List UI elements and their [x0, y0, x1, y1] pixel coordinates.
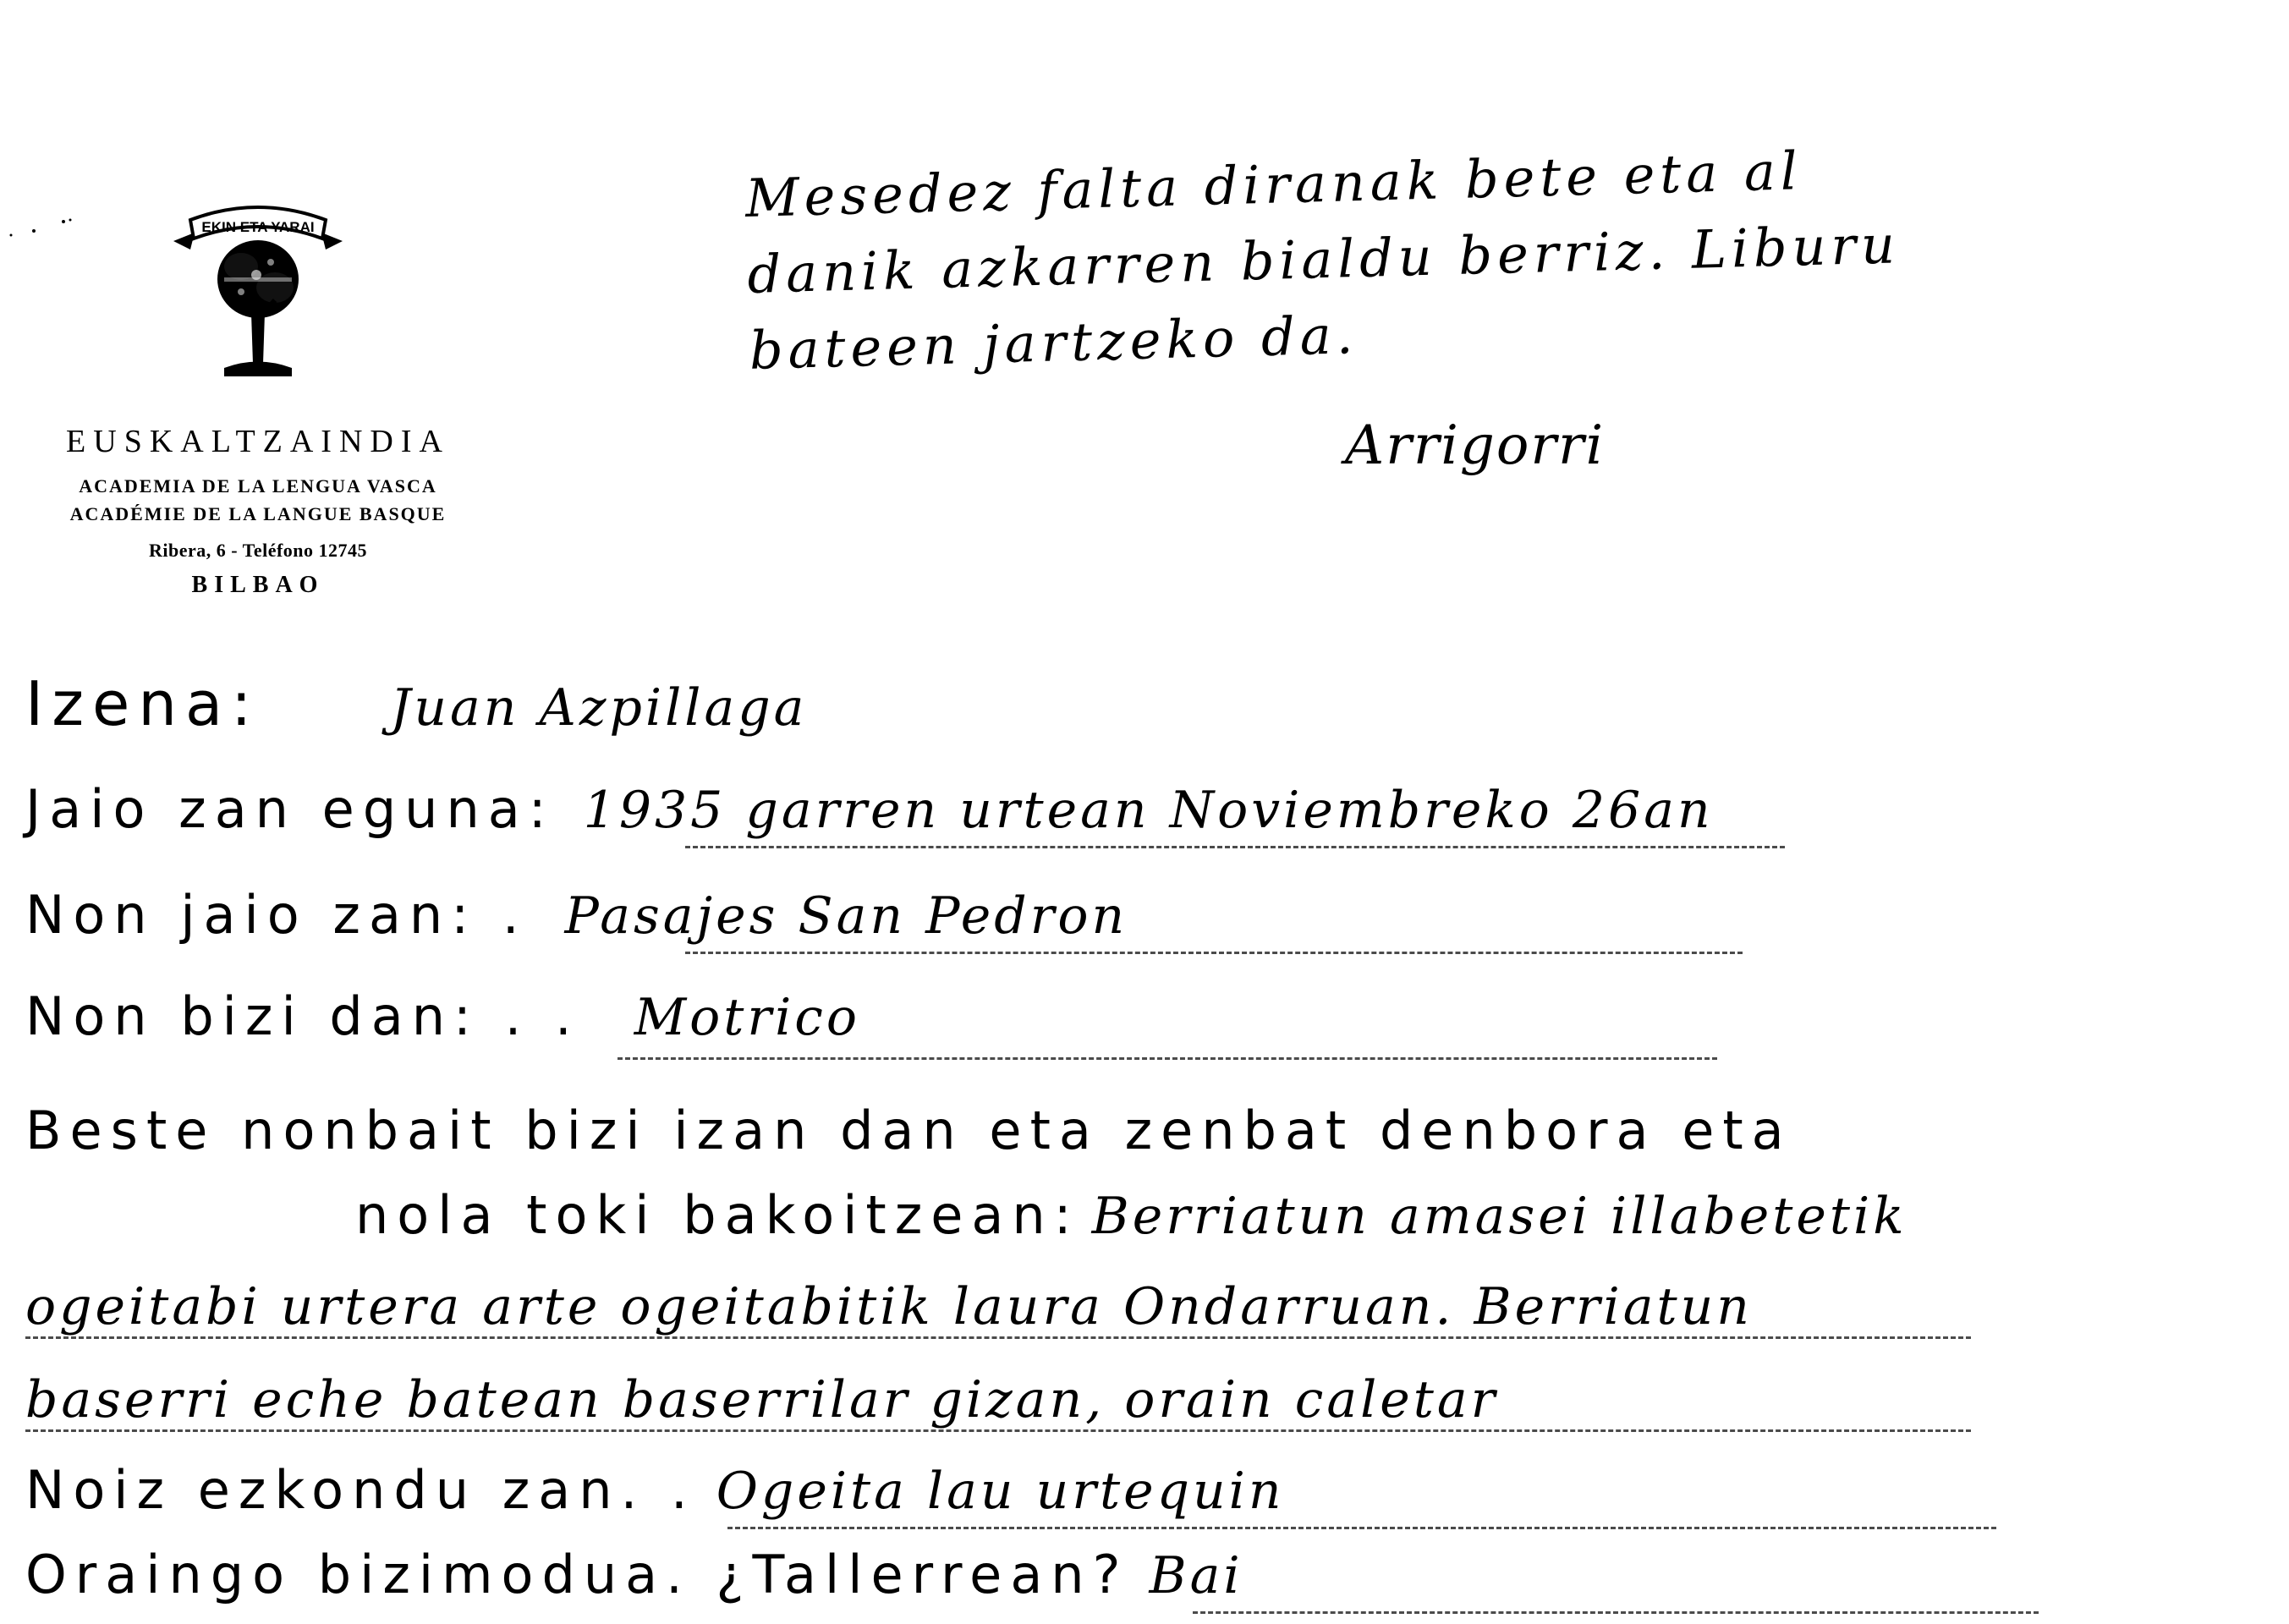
field-value: Berriatun amasei illabetetik — [1092, 1187, 1907, 1246]
field-label: Jaio zan eguna: — [25, 778, 555, 840]
dashed-fill-line — [685, 846, 1785, 848]
field-label: Beste nonbait bizi izan dan eta zenbat d… — [25, 1100, 1792, 1161]
org-city: BILBAO — [25, 572, 491, 599]
field-label: Non jaio zan: . — [25, 884, 528, 946]
form-row-name: Izena: Juan Azpillaga — [25, 668, 807, 739]
org-name: EUSKALTZAINDIA — [25, 423, 491, 460]
form-row-marriage: Noiz ezkondu zan. . Ogeita lau urtequin — [25, 1459, 1284, 1521]
field-label: Oraingo bizimodua. ¿Tallerrean? — [25, 1544, 1129, 1605]
signature: Arrigorri — [1345, 414, 1605, 477]
field-label: nola toki bakoitzean: — [355, 1184, 1080, 1246]
field-value: Bai — [1150, 1546, 1243, 1605]
dashed-fill-line — [727, 1527, 1996, 1529]
org-subtitle-fr: ACADÉMIE DE LA LANGUE BASQUE — [25, 500, 491, 528]
dashed-fill-line — [25, 1429, 1971, 1432]
form-row-continuation-2: baserri eche batean baserrilar gizan, or… — [25, 1370, 1498, 1429]
field-label: Non bizi dan: . . — [25, 985, 580, 1047]
field-label: Izena: — [25, 668, 260, 739]
org-address: Ribera, 6 - Teléfono 12745 — [25, 540, 491, 562]
form-row-birthdate: Jaio zan eguna: 1935 garren urtean Novie… — [25, 778, 1714, 840]
svg-text:EKIN ETA YARAI: EKIN ETA YARAI — [201, 219, 314, 235]
field-value: Pasajes San Pedron — [565, 886, 1128, 946]
form-row-birthplace: Non jaio zan: . Pasajes San Pedron — [25, 884, 1128, 946]
field-value: Juan Azpillaga — [390, 678, 807, 738]
field-value: Motrico — [634, 988, 860, 1047]
dashed-fill-line — [618, 1057, 1717, 1060]
handwritten-note: Mesedez falta diranak bete eta al danik … — [744, 124, 2146, 389]
form-row-residence: Non bizi dan: . . Motrico — [25, 985, 860, 1047]
dashed-fill-line — [1193, 1611, 2039, 1614]
field-value: Ogeita lau urtequin — [716, 1462, 1285, 1521]
field-label: Noiz ezkondu zan. . — [25, 1459, 696, 1521]
form-row-continuation-1: ogeitabi urtera arte ogeitabitik laura O… — [25, 1277, 1753, 1336]
field-value: ogeitabi urtera arte ogeitabitik laura O… — [25, 1277, 1753, 1336]
org-subtitle-es: ACADEMIA DE LA LENGUA VASCA — [25, 472, 491, 500]
tree-emblem-icon: EKIN ETA YARAI — [156, 195, 360, 381]
letterhead: EKIN ETA YARAI EUSKALTZAINDIA ACADEMIA D… — [25, 195, 491, 599]
field-value: baserri eche batean baserrilar gizan, or… — [25, 1370, 1498, 1429]
field-value: 1935 garren urtean Noviembreko 26an — [584, 781, 1714, 840]
dashed-fill-line — [685, 952, 1743, 954]
dashed-fill-line — [25, 1336, 1971, 1339]
form-row-occupation: Oraingo bizimodua. ¿Tallerrean? Bai — [25, 1544, 1243, 1605]
form-row-each-place: nola toki bakoitzean: Berriatun amasei i… — [355, 1184, 1907, 1246]
form-row-other-residence: Beste nonbait bizi izan dan eta zenbat d… — [25, 1100, 1792, 1161]
